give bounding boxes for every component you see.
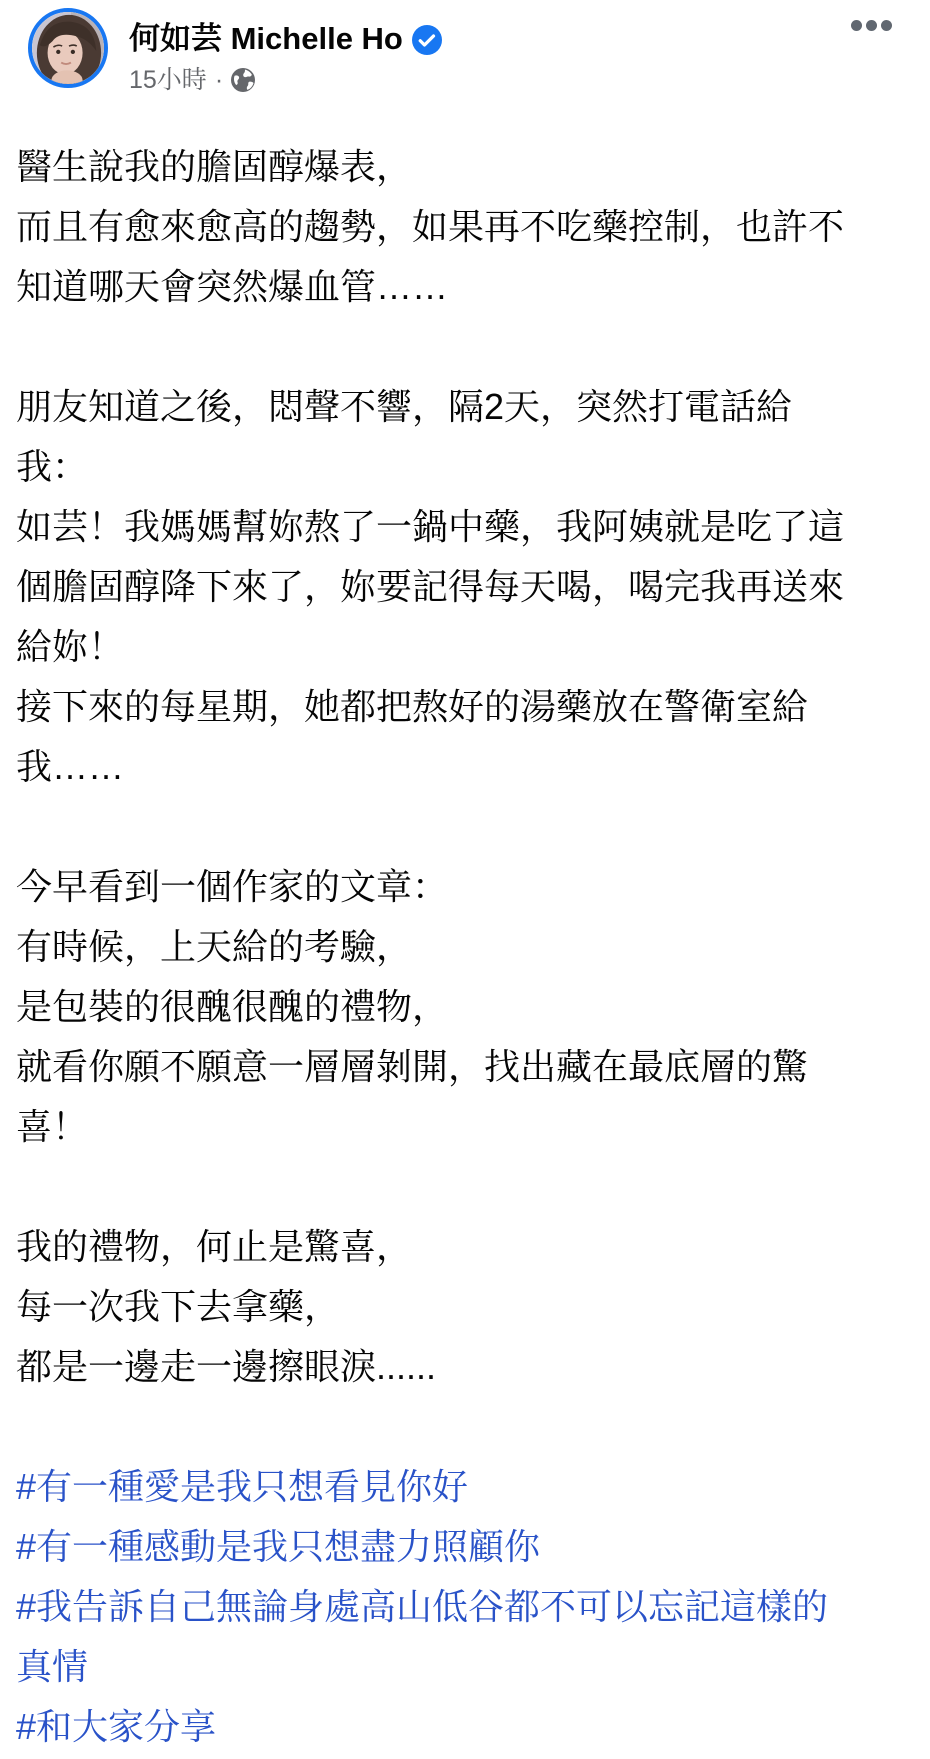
post-text-line: 今早看到一個作家的文章： bbox=[16, 857, 914, 917]
post-text-line: 醫生說我的膽固醇爆表， bbox=[16, 137, 914, 197]
post-text-line: 接下來的每星期，她都把熬好的湯藥放在警衛室給 bbox=[16, 677, 914, 737]
post-text-line: 朋友知道之後，悶聲不響，隔2天，突然打電話給 bbox=[16, 377, 914, 437]
post-text-line: 如芸！我媽媽幫妳熬了一鍋中藥，我阿姨就是吃了這 bbox=[16, 497, 914, 557]
hashtag-link[interactable]: #和大家分享 bbox=[16, 1697, 914, 1757]
post-text-line: 我…… bbox=[16, 737, 914, 797]
facebook-post: 何如芸 Michelle Ho 15小時 · bbox=[0, 0, 930, 1757]
post-text-line: 有時候，上天給的考驗， bbox=[16, 917, 914, 977]
post-text-line: 喜！ bbox=[16, 1097, 914, 1157]
post-text-line: 給妳！ bbox=[16, 617, 914, 677]
profile-name[interactable]: 何如芸 Michelle Ho bbox=[129, 20, 403, 58]
post-header: 何如芸 Michelle Ho 15小時 · bbox=[0, 0, 930, 95]
post-text-line: 個膽固醇降下來了，妳要記得每天喝，喝完我再送來 bbox=[16, 557, 914, 617]
ellipsis-dot bbox=[851, 20, 862, 31]
blank-line bbox=[16, 1157, 914, 1217]
post-text-line: 每一次我下去拿藥， bbox=[16, 1277, 914, 1337]
meta-separator: · bbox=[215, 65, 223, 95]
avatar[interactable] bbox=[28, 8, 108, 88]
ellipsis-dot bbox=[881, 20, 892, 31]
hashtag-link[interactable]: #有一種愛是我只想看見你好 bbox=[16, 1457, 914, 1517]
post-text-line: 我： bbox=[16, 437, 914, 497]
blank-line bbox=[16, 317, 914, 377]
post-text-line: 而且有愈來愈高的趨勢，如果再不吃藥控制，也許不 bbox=[16, 197, 914, 257]
avatar-photo-icon bbox=[32, 11, 104, 85]
post-timestamp[interactable]: 15小時 bbox=[129, 65, 207, 95]
blank-line bbox=[16, 1397, 914, 1457]
hashtag-link[interactable]: 真情 bbox=[16, 1637, 914, 1697]
post-text-line: 就看你願不願意一層層剝開，找出藏在最底層的驚 bbox=[16, 1037, 914, 1097]
privacy-globe-icon bbox=[231, 68, 255, 92]
post-text: 醫生說我的膽固醇爆表，而且有愈來愈高的趨勢，如果再不吃藥控制，也許不知道哪天會突… bbox=[0, 137, 930, 1757]
blank-line bbox=[16, 797, 914, 857]
post-text-line: 是包裝的很醜很醜的禮物， bbox=[16, 977, 914, 1037]
verified-badge-icon bbox=[412, 25, 442, 55]
more-options-button[interactable] bbox=[845, 14, 898, 37]
post-text-line: 我的禮物，何止是驚喜， bbox=[16, 1217, 914, 1277]
post-text-line: 都是一邊走一邊擦眼淚...... bbox=[16, 1337, 914, 1397]
ellipsis-dot bbox=[866, 20, 877, 31]
header-info: 何如芸 Michelle Ho 15小時 · bbox=[129, 8, 442, 95]
hashtag-link[interactable]: #有一種感動是我只想盡力照顧你 bbox=[16, 1517, 914, 1577]
hashtag-link[interactable]: #我告訴自己無論身處高山低谷都不可以忘記這樣的 bbox=[16, 1577, 914, 1637]
post-text-line: 知道哪天會突然爆血管…… bbox=[16, 257, 914, 317]
